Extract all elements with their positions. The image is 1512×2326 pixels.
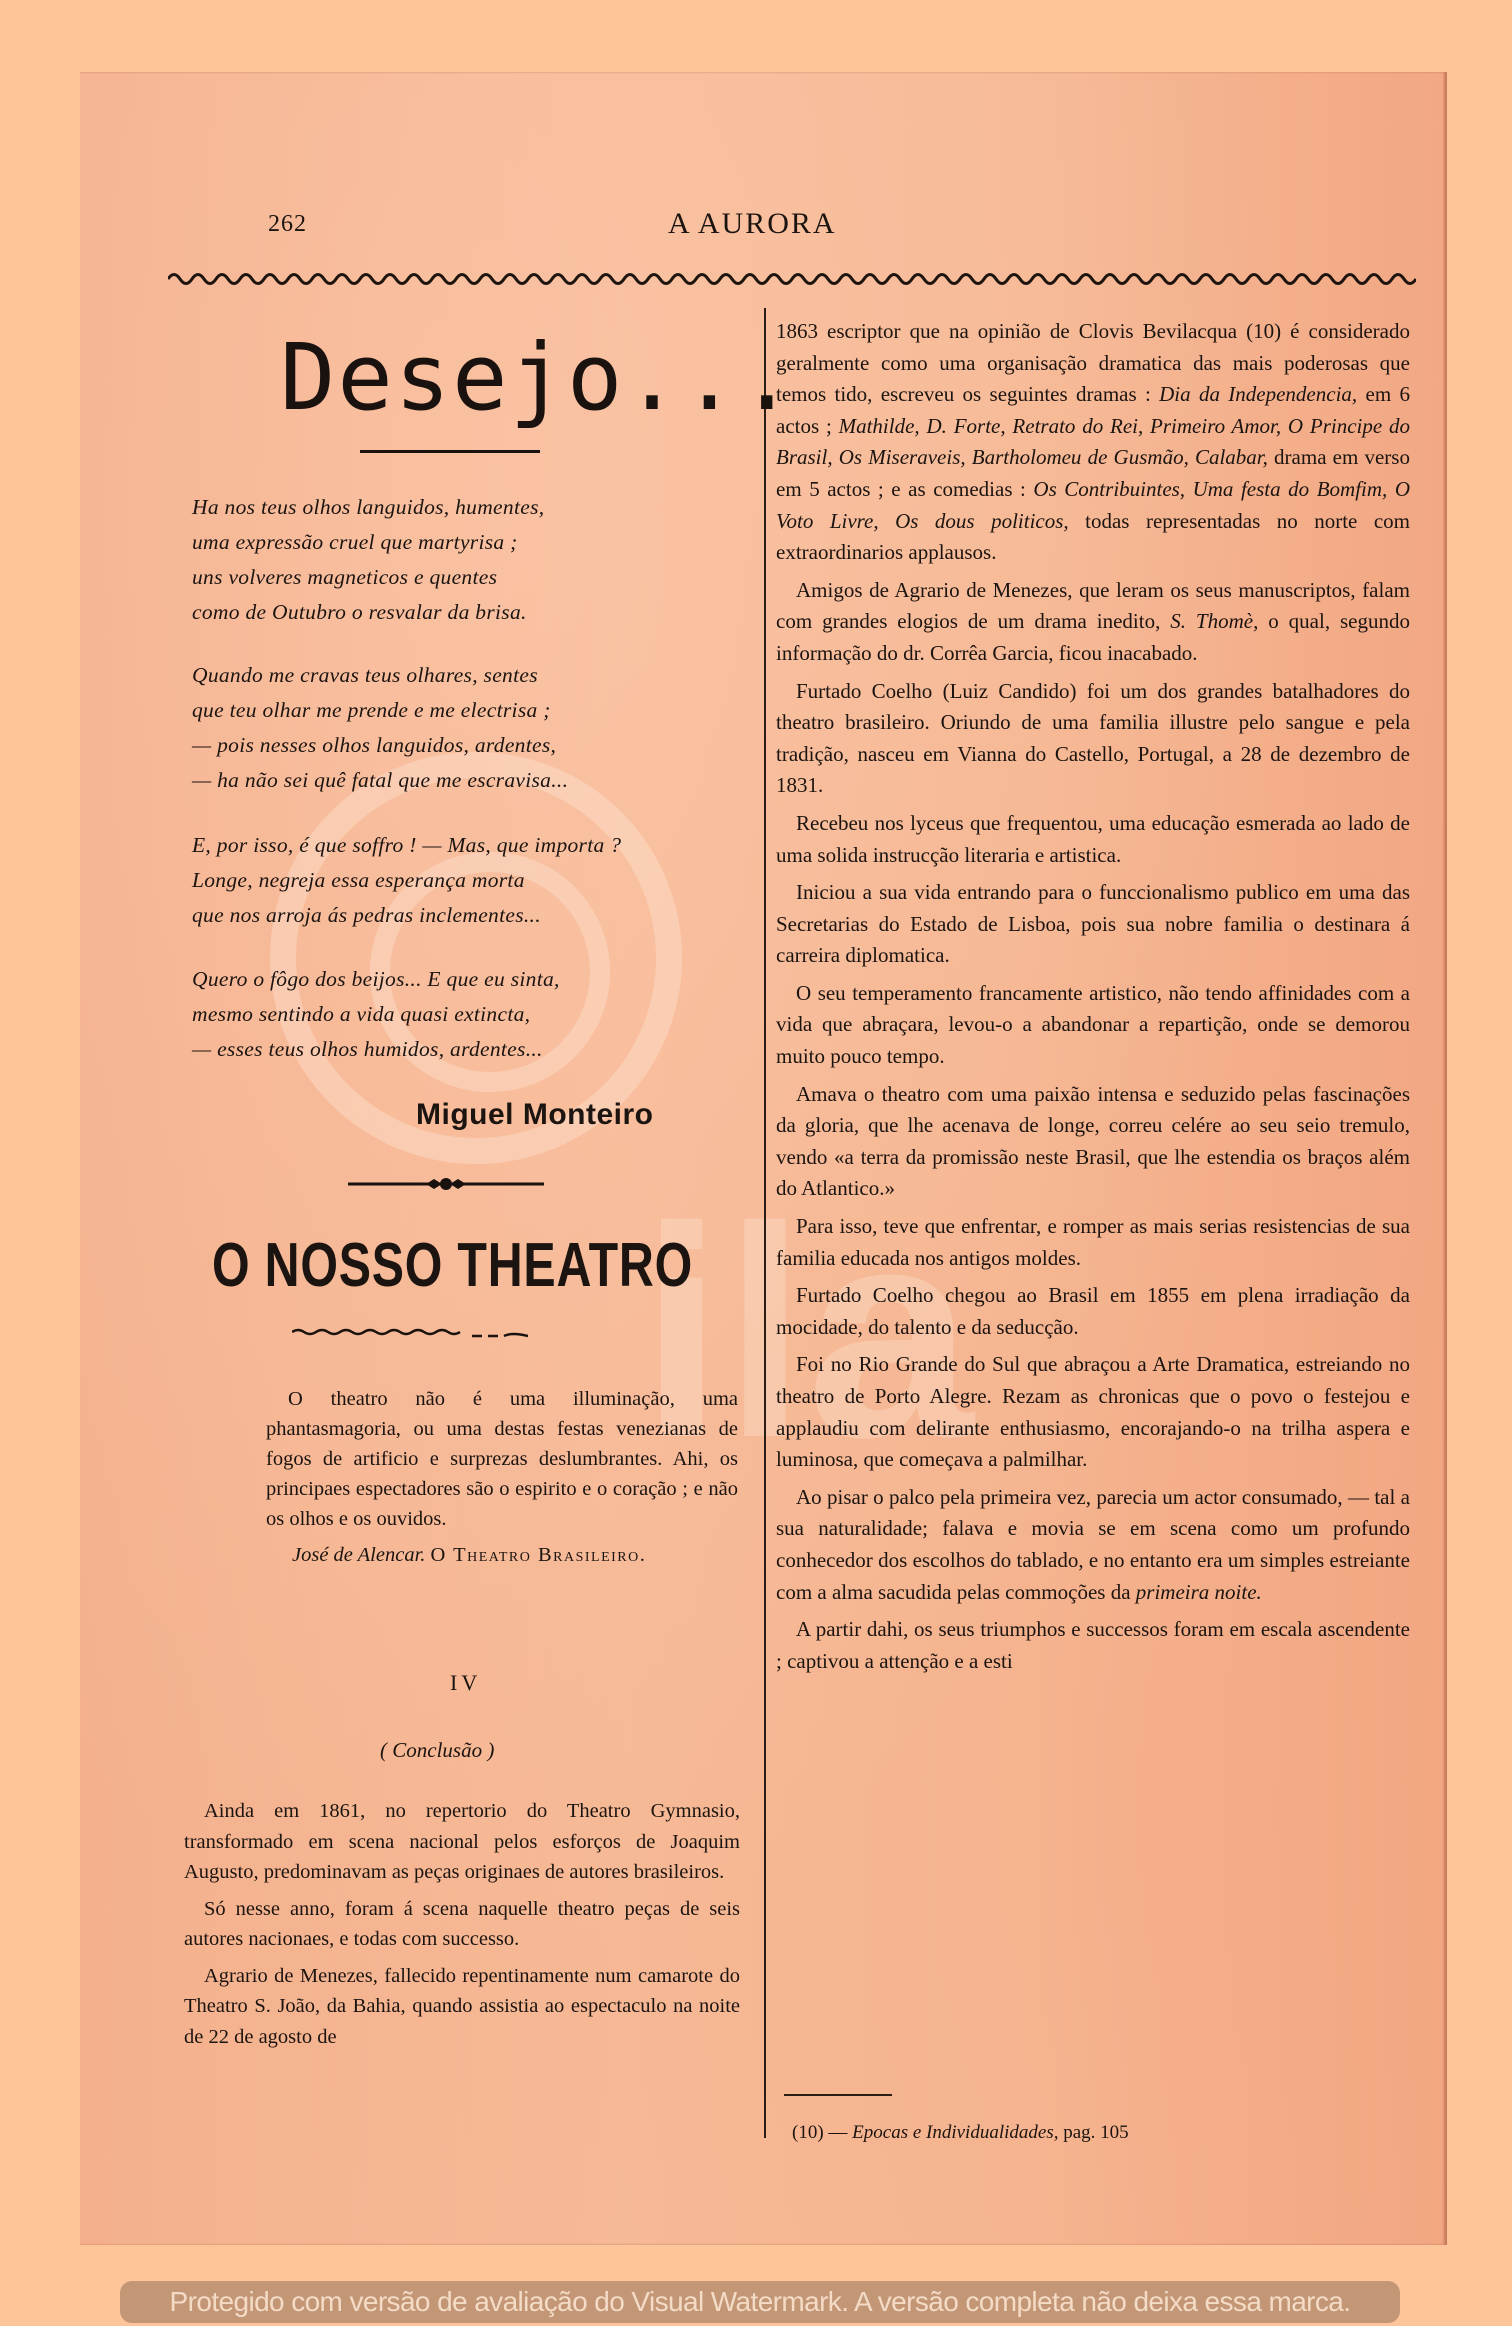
poem-line: Ha nos teus olhos languidos, humentes,: [192, 490, 544, 525]
poem-line: que nos arroja ás pedras inclementes...: [192, 898, 621, 933]
paragraph: Ao pisar o palco pela primeira vez, pare…: [776, 1482, 1410, 1608]
italic-phrase: primeira noite.: [1136, 1580, 1262, 1604]
part-subtitle: ( Conclusão ): [380, 1738, 494, 1763]
poem-line: — esses teus olhos humidos, ardentes...: [192, 1032, 560, 1067]
right-body-text: 1863 escriptor que na opinião de Clovis …: [776, 316, 1410, 1683]
poem-stanza-2: Quando me cravas teus olhares, sentes qu…: [192, 658, 568, 798]
paragraph: Furtado Coelho (Luiz Candido) foi um dos…: [776, 676, 1410, 802]
footnote-rule: [784, 2094, 892, 2096]
poem-stanza-4: Quero o fôgo dos beijos... E que eu sint…: [192, 962, 560, 1067]
footnote-source: Epocas e Individualidades,: [852, 2122, 1058, 2143]
poem-author: Miguel Monteiro: [416, 1098, 653, 1132]
paragraph: Ainda em 1861, no repertorio do Theatro …: [184, 1796, 740, 1888]
title-rule: [360, 450, 540, 453]
epigraph-attribution: José de Alencar. O Theatro Brasileiro.: [266, 1540, 738, 1570]
poem-line: como de Outubro o resvalar da brisa.: [192, 595, 544, 630]
poem-stanza-1: Ha nos teus olhos languidos, humentes, u…: [192, 490, 544, 630]
running-head: 262 A AURORA: [268, 205, 1408, 245]
epigraph-work: O Theatro Brasileiro.: [431, 1544, 647, 1566]
poem-line: Longe, negreja essa esperança morta: [192, 863, 621, 898]
article-title: O NOSSO THEATRO: [212, 1230, 693, 1301]
text-run: Ao pisar o palco pela primeira vez, pare…: [776, 1485, 1410, 1604]
paragraph: A partir dahi, os seus triumphos e succe…: [776, 1614, 1410, 1677]
part-number: IV: [450, 1670, 481, 1696]
wavy-header-rule: [168, 268, 1416, 290]
title-underline-wave: [292, 1326, 528, 1340]
play-title: Dia da Independencia,: [1159, 382, 1357, 406]
paragraph: Foi no Rio Grande do Sul que abraçou a A…: [776, 1349, 1410, 1475]
play-title: S. Thomè,: [1170, 609, 1258, 633]
epigraph-text: O theatro não é uma illuminação, uma pha…: [266, 1384, 738, 1534]
paragraph: Agrario de Menezes, fallecido repentinam…: [184, 1961, 740, 2053]
poem-line: uns volveres magneticos e quentes: [192, 560, 544, 595]
paragraph: Amava o theatro com uma paixão intensa e…: [776, 1079, 1410, 1205]
paragraph: Recebeu nos lyceus que frequentou, uma e…: [776, 808, 1410, 871]
poem-line: E, por isso, é que soffro ! — Mas, que i…: [192, 828, 621, 863]
paragraph: Furtado Coelho chegou ao Brasil em 1855 …: [776, 1280, 1410, 1343]
epigraph: O theatro não é uma illuminação, uma pha…: [266, 1384, 738, 1570]
paragraph: O seu temperamento francamente artistico…: [776, 978, 1410, 1073]
paragraph: Amigos de Agrario de Menezes, que leram …: [776, 575, 1410, 670]
poem-title: Desejo...: [280, 324, 797, 431]
poem-stanza-3: E, por isso, é que soffro ! — Mas, que i…: [192, 828, 621, 933]
journal-title: A AURORA: [668, 207, 837, 241]
left-body-text: Ainda em 1861, no repertorio do Theatro …: [184, 1796, 740, 2058]
poem-line: mesmo sentindo a vida quasi extincta,: [192, 997, 560, 1032]
footnote-page: pag. 105: [1058, 2122, 1128, 2143]
poem-line: Quero o fôgo dos beijos... E que eu sint…: [192, 962, 560, 997]
paragraph: Só nesse anno, foram á scena naquelle th…: [184, 1894, 740, 1955]
page-number: 262: [268, 211, 307, 238]
column-divider: [764, 308, 766, 2138]
paragraph-continued: 1863 escriptor que na opinião de Clovis …: [776, 316, 1410, 569]
poem-line: uma expressão cruel que martyrisa ;: [192, 525, 544, 560]
poem-line: — ha não sei quê fatal que me escravisa.…: [192, 763, 568, 798]
poem-line: Quando me cravas teus olhares, sentes: [192, 658, 568, 693]
paragraph: Iniciou a sua vida entrando para o funcc…: [776, 877, 1410, 972]
poem-line: que teu olhar me prende e me electrisa ;: [192, 693, 568, 728]
paragraph: Para isso, teve que enfrentar, e romper …: [776, 1211, 1410, 1274]
watermark-notice: Protegido com versão de avaliação do Vis…: [120, 2281, 1400, 2323]
ornament-divider-icon: [348, 1177, 544, 1191]
footnote: (10) — Epocas e Individualidades, pag. 1…: [792, 2122, 1129, 2144]
part-subtitle-text: ( Conclusão ): [380, 1738, 494, 1762]
epigraph-author: José de Alencar.: [292, 1544, 425, 1566]
footnote-marker: (10) —: [792, 2122, 852, 2143]
poem-line: — pois nesses olhos languidos, ardentes,: [192, 728, 568, 763]
